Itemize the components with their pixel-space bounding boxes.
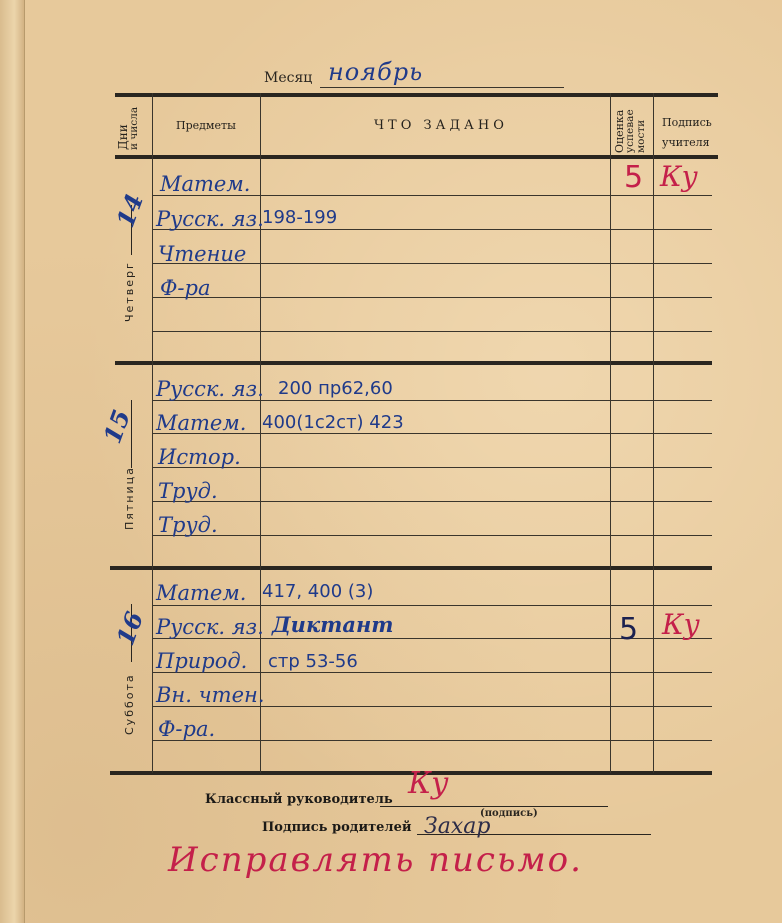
grade-mark: 5	[619, 612, 638, 647]
row-line	[152, 297, 712, 298]
month-value: ноябрь	[328, 58, 423, 86]
row-line	[152, 331, 712, 332]
month-label: Месяц	[264, 70, 312, 86]
block-separator-2	[110, 566, 712, 570]
teacher-remark: Исправлять письмо.	[168, 840, 583, 880]
parent-signature: Захар	[424, 814, 490, 839]
date-line	[131, 400, 132, 468]
date-saturday: 16	[110, 608, 149, 649]
row-line	[152, 740, 712, 741]
subject-entry: Чтение	[158, 242, 246, 266]
subject-entry: Вн. чтен.	[156, 683, 265, 707]
header-assigned: ЧТО ЗАДАНО	[374, 118, 508, 133]
header-subjects: Предметы	[176, 119, 236, 132]
teacher-signature: Ку	[662, 608, 700, 641]
block-separator-1	[115, 361, 712, 365]
month-field: Месяц ноябрь	[264, 64, 564, 90]
subject-entry: Матем.	[156, 411, 246, 435]
task-entry: стр 53-56	[268, 650, 358, 674]
task-entry: 198-199	[262, 206, 337, 230]
subject-entry: Природ.	[156, 649, 247, 673]
row-line	[152, 605, 712, 606]
header-teacher-sig-line1: Подпись	[662, 113, 712, 133]
header-bottom-border	[115, 155, 718, 159]
subject-entry: Русск. яз.	[156, 207, 264, 231]
subject-entry: Матем.	[156, 581, 246, 605]
subject-entry: Истор.	[158, 445, 241, 469]
header-days: Дни и числа	[118, 107, 140, 150]
task-entry: Диктант	[272, 613, 394, 637]
row-line	[152, 535, 712, 536]
task-entry: 417, 400 (3)	[262, 580, 373, 604]
day-label-friday: Пятница	[123, 466, 136, 530]
parent-sig-label: Подпись родителей	[262, 820, 412, 835]
subject-entry: Ф-ра	[160, 276, 211, 300]
date-thursday: 14	[110, 190, 149, 231]
task-entry: 200 пр62,60	[278, 377, 393, 401]
table-top-border	[115, 93, 718, 97]
teacher-signature: Ку	[660, 160, 698, 193]
header-grade-line3: мости	[636, 109, 647, 153]
class-teacher-label: Классный руководитель	[205, 792, 393, 807]
day-label-thursday: Четверг	[123, 261, 136, 322]
class-teacher-sig-line	[380, 806, 608, 807]
subject-entry: Матем.	[160, 172, 250, 196]
day-label-saturday: Суббота	[123, 673, 136, 735]
subject-entry: Русск. яз.	[156, 615, 264, 639]
row-line	[152, 501, 712, 502]
grade-mark: 5	[624, 160, 643, 195]
subject-entry: Труд.	[158, 479, 218, 503]
header-teacher-sig-line2: учителя	[662, 133, 712, 153]
header-grade: Оценка успевае мости	[614, 109, 647, 153]
subject-entry: Русск. яз.	[156, 377, 264, 401]
task-entry: 400(1с2ст) 423	[262, 411, 404, 435]
header-days-line2: и числа	[129, 107, 140, 150]
subject-entry: Ф-ра.	[158, 717, 215, 741]
header-teacher-sig: Подпись учителя	[662, 113, 712, 153]
class-teacher-signature: Ку	[408, 766, 449, 801]
subject-entry: Труд.	[158, 513, 218, 537]
month-underline	[320, 87, 564, 88]
notebook-spine	[0, 0, 25, 923]
spine-edge	[24, 0, 25, 923]
